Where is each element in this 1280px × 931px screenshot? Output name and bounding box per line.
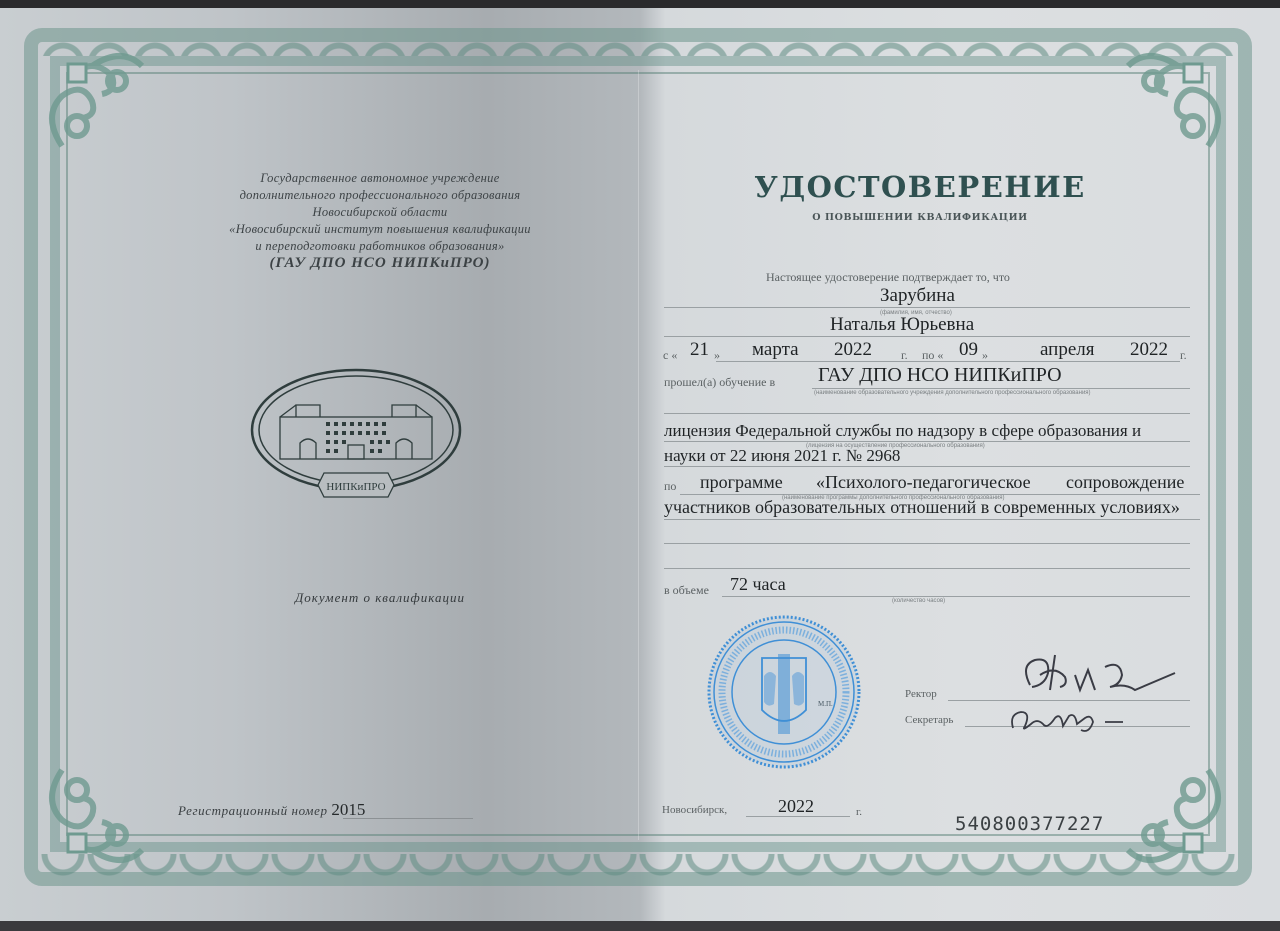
decorative-border-scallops-top [40,34,1236,56]
underline [664,441,1190,442]
program-prefix: по [664,479,676,494]
institution-line: «Новосибирский институт повышения квалиф… [160,221,600,238]
issue-year: 2022 [778,796,814,817]
corner-ornament-icon [1118,36,1238,156]
underline [664,466,1190,467]
printer-imprint [72,590,82,720]
underline [716,361,1180,362]
license-line-1: лицензия Федеральной службы по надзору в… [664,421,1141,441]
period-to-month: апреля [1040,339,1095,361]
confirms-text: Настоящее удостоверение подтверждает то,… [766,270,1010,285]
period-to-day: 09 [959,339,978,361]
issue-year-underline [746,816,850,817]
institution-line: дополнительного профессионального образо… [160,187,600,204]
underline [664,307,1190,308]
city-label: Новосибирск, [662,804,727,816]
holder-surname: Зарубина [880,285,955,307]
period-from-prefix: с « [663,348,677,363]
secretary-signature-icon [1005,700,1135,740]
corner-ornament-icon [32,760,152,880]
registration-number-field: Регистрационный номер 2015 [178,800,365,820]
registration-label: Регистрационный номер [178,803,328,818]
institution-header: Государственное автономное учреждение до… [160,170,600,272]
trained-at-hint: (наименование образовательного учреждени… [814,390,1091,396]
corner-ornament-icon [32,36,152,156]
volume-label: в объеме [664,583,709,598]
license-line-2: науки от 22 июня 2021 г. № 2968 [664,446,900,466]
underline [722,596,1190,597]
rector-label: Ректор [905,688,937,700]
period-to-year: 2022 [1130,339,1168,361]
holder-given-names: Наталья Юрьевна [830,314,974,336]
certificate-title: УДОСТОВЕРЕНИЕ [740,170,1100,204]
secretary-label: Секретарь [905,714,953,726]
registration-underline [343,818,473,819]
volume-hint: (количество часов) [892,598,945,604]
svg-text:М.П.: М.П. [818,700,833,708]
trained-at-institution: ГАУ ДПО НСО НИПКиПРО [818,364,1062,387]
decorative-border-scallops-bottom [40,854,1236,876]
corner-ornament-icon [1118,760,1238,880]
institution-line: и переподготовки работников образования» [160,238,600,255]
underline [812,388,1190,389]
underline [664,413,1190,414]
institution-line: Новосибирской области [160,204,600,221]
document-type-label: Документ о квалификации [160,590,600,606]
underline [664,519,1200,520]
underline [664,568,1190,569]
underline [664,336,1190,337]
official-seal-icon: М.П. [706,614,862,770]
page-fold [638,70,639,840]
institution-line: Государственное автономное учреждение [160,170,600,187]
registration-number: 2015 [331,800,365,819]
period-from-day: 21 [690,339,709,361]
underline [664,543,1190,544]
program-title-part-2: сопровождение [1066,472,1184,493]
period-from-month: марта [752,339,799,361]
period-year-suffix: г. [1180,348,1187,363]
program-title-line-2: участников образовательных отношений в с… [664,497,1180,518]
volume-value: 72 часа [730,574,786,595]
program-title-part-1: «Психолого-педагогическое [816,472,1031,493]
institution-abbr: (ГАУ ДПО НСО НИПКиПРО) [160,255,600,272]
institution-logo-icon: НИПКиПРО [248,365,464,505]
period-from-year: 2022 [834,339,872,361]
issue-year-suffix: г. [856,806,862,818]
table-surface [0,921,1280,931]
certificate-subtitle: О ПОВЫШЕНИИ КВАЛИФИКАЦИИ [740,212,1100,223]
svg-text:НИПКиПРО: НИПКиПРО [326,481,385,493]
serial-number: 540800377227 [955,813,1104,835]
program-word: программе [700,472,783,493]
trained-at-label: прошел(а) обучение в [664,375,775,390]
